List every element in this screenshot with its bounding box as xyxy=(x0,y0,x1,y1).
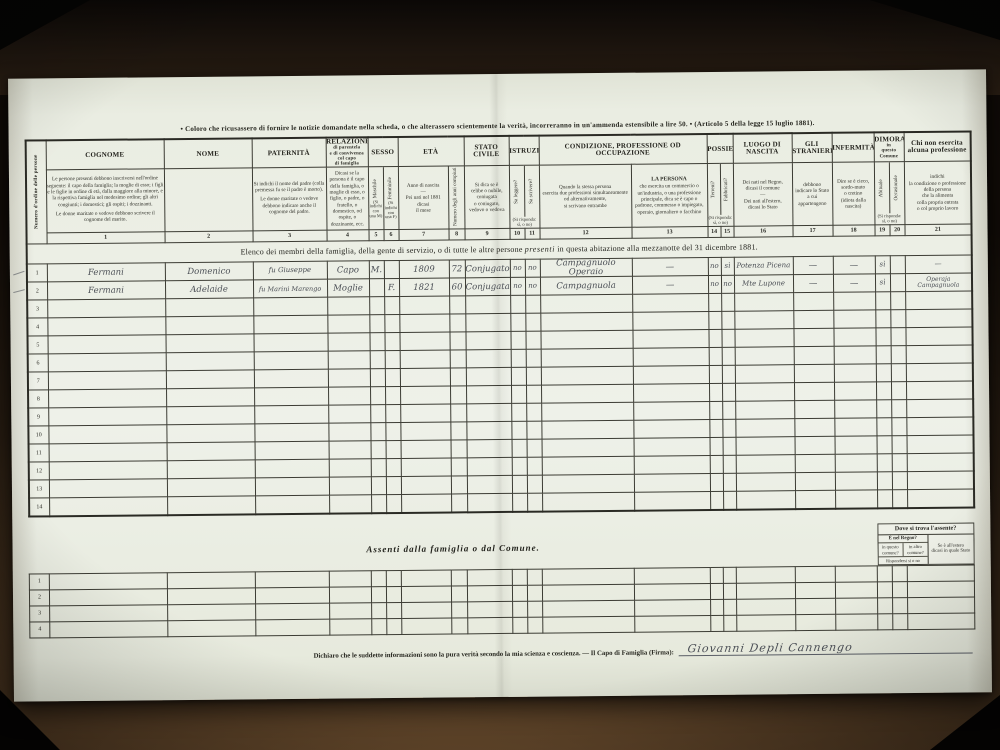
column-header-luogo-nascita: LUOGO DI NASCITA xyxy=(733,133,792,163)
cell-fabbricati: sì xyxy=(721,258,734,276)
elenco-text-pre: Elenco dei membri della famiglia, della … xyxy=(241,245,525,257)
relazione-instructions: Dicasi se la persona è il capo della fam… xyxy=(326,167,369,230)
sa-scrivere-label: Sa scrivere? xyxy=(529,179,535,204)
cell-stranieri: — xyxy=(793,275,833,293)
row-number: 1 xyxy=(29,574,49,590)
possiede-note: (Si risponda: sì, o no) xyxy=(708,215,733,226)
row-number: 4 xyxy=(27,318,47,336)
column-header-eta: ETÀ xyxy=(398,136,464,167)
row-number: 13 xyxy=(29,480,49,498)
absent-location-box: Dove si trova l'assente? È nel Regno? in… xyxy=(877,523,974,565)
column-header-paternita: PATERNITÀ xyxy=(252,138,326,169)
cell-terreni: no xyxy=(708,258,721,276)
la-persona-title: LA PERSONA xyxy=(632,176,707,184)
nome-instructions xyxy=(164,168,253,232)
stranieri-instructions: debbono indicare lo Stato a cui apparten… xyxy=(792,163,833,226)
absent-box-questo-comune: in questo comune? xyxy=(878,543,903,556)
sesso-femminile-label: Femminile xyxy=(388,177,394,200)
cognome-instructions: Le persone presenti debbono inscriversi … xyxy=(46,169,165,233)
column-header-condizione: CONDIZIONE, PROFESSIONE OD OCCUPAZIONE xyxy=(539,134,707,166)
column-header-sesso: SESSO xyxy=(368,137,398,167)
cell-nome: Adelaide xyxy=(165,280,253,299)
cell-cognome: Fermani xyxy=(47,281,165,300)
column-header-stranieri: GLI STRANIERI xyxy=(792,133,832,163)
cell-infermita: — xyxy=(833,256,875,274)
cell-luogo-nascita: Mte Lupone xyxy=(734,275,793,294)
possiede-subcolumns: Terreni? Fabbricati? (Si risponda: sì, o… xyxy=(707,164,734,227)
absent-box-estero: Se è all'estero dicasi in quale Stato xyxy=(928,534,973,564)
cell-anno-nascita: 1821 xyxy=(399,278,449,296)
sesso-maschile-label: Maschile xyxy=(373,179,379,198)
istruzione-note: (Si risponda: sì, o no) xyxy=(510,217,539,228)
cell-stato-civile: Conjugata xyxy=(465,278,510,296)
istruzione-subcolumns: Sa leggere? Sa scrivere? (Si risponda: s… xyxy=(509,166,540,229)
census-form-sheet: • Coloro che ricusassero di fornire le n… xyxy=(8,69,992,701)
cell-sesso-f xyxy=(384,261,399,279)
dimora-title: DIMORA xyxy=(874,136,903,144)
cell-la-persona: — xyxy=(632,276,708,295)
column-header-relazione: RELAZIONEdi parentela e di convivenza co… xyxy=(326,137,368,167)
sesso-femminile-note: (Si indichi con una F) xyxy=(384,201,398,220)
fabbricati-label: Fabbricati? xyxy=(724,178,730,201)
row-number: 3 xyxy=(27,300,47,318)
cell-cognome: Fermani xyxy=(47,263,165,282)
cell-nessuna-professione: Operaja Campagnuola xyxy=(905,273,972,292)
column-header-istruzione: ISTRUZIONE xyxy=(509,136,539,166)
head-of-family-signature: Giovanni Depli Cannengo xyxy=(679,639,975,656)
occasionale-label: Occasionale xyxy=(894,175,900,200)
cell-luogo-nascita: Potenza Picena xyxy=(734,257,793,276)
cognome-desc-2: Le donne maritate o vedove debbono scriv… xyxy=(47,210,164,224)
cell-nessuna-professione: — xyxy=(905,255,972,274)
eta-anni-compiuti: Numero degli anni compiuti xyxy=(448,166,465,229)
row-number: 9 xyxy=(28,408,48,426)
declaration-text: Dichiaro che le suddette informazioni so… xyxy=(314,649,674,659)
elenco-text-post: in questa abitazione alla mezzanotte del… xyxy=(555,243,758,254)
absent-box-altro-comune: in altro comune? xyxy=(903,543,927,556)
cell-relazione: Capo xyxy=(327,261,369,279)
nessuna-professione-instructions: indichi la condizione o professione dell… xyxy=(904,161,972,225)
cell-condizione: Campagnuolo Operaio xyxy=(540,259,632,278)
row-number: 2 xyxy=(27,282,47,300)
cell-anni: 60 xyxy=(449,278,465,296)
row-number: 10 xyxy=(28,426,48,444)
cell-paternita: fu Giuseppe xyxy=(253,262,327,281)
cell-fabbricati: no xyxy=(721,276,734,294)
row-number-column-header: Numero d'ordine delle persone xyxy=(26,140,47,244)
cell-sesso-f: F. xyxy=(384,279,399,297)
anni-compiuti-label: Numero degli anni compiuti xyxy=(453,167,459,226)
cell-sesso-m: M. xyxy=(369,261,384,279)
la-persona-instructions: LA PERSONAche esercita un commercio o un… xyxy=(631,164,708,228)
row-number: 1 xyxy=(27,264,47,282)
declaration-line: Dichiaro che le suddette informazioni so… xyxy=(313,639,973,659)
sesso-subcolumns: Maschile(Si indichi con una M) Femminile… xyxy=(368,167,399,230)
row-number: 4 xyxy=(30,622,50,638)
census-table: Numero d'ordine delle persone COGNOME NO… xyxy=(25,130,976,517)
stato-civile-instructions: Si dica se è celibe o nubile, coniugata … xyxy=(464,166,510,229)
paternita-instructions: Si indichi il nome del padre (colla prem… xyxy=(252,168,327,232)
cell-dimora-occasionale xyxy=(890,274,905,292)
row-number: 2 xyxy=(29,590,49,606)
sa-leggere-label: Sa leggere? xyxy=(514,180,520,204)
eta-anno-instructions: Anno di nascita — Pei nati nel 1881 dica… xyxy=(398,166,449,229)
cell-dimora-abituale: sì xyxy=(875,274,890,292)
cell-anni: 72 xyxy=(449,260,465,278)
infermita-instructions: Dire se è cieco, sordo-muto o cretino (i… xyxy=(832,162,875,225)
cell-la-persona: — xyxy=(632,258,708,277)
row-number: 3 xyxy=(30,606,50,622)
row-number-column-label: Numero d'ordine delle persone xyxy=(33,154,39,229)
cell-terreni: no xyxy=(708,276,721,294)
absent-section-table: Assenti dalla famiglia o dal Comune. Dov… xyxy=(28,523,975,639)
cognome-desc-1: Le persone presenti debbono inscriversi … xyxy=(46,175,163,208)
terreni-label: Terreni? xyxy=(711,181,717,198)
abituale-label: Abituale xyxy=(879,179,885,197)
cell-infermita: — xyxy=(833,274,875,292)
relazione-subtitle: di parentela e di convivenza col capo di… xyxy=(326,146,367,167)
cell-sa-leggere: no xyxy=(510,278,525,296)
cell-sa-scrivere: no xyxy=(525,278,540,296)
cell-anno-nascita: 1809 xyxy=(399,260,449,278)
cell-stato-civile: Conjugato xyxy=(465,260,510,278)
cell-dimora-abituale: sì xyxy=(875,256,890,274)
column-header-possiede: POSSIEDE xyxy=(707,134,733,164)
cell-sa-scrivere: no xyxy=(525,260,540,278)
paternita-desc-2: Le donne maritate o vedove debbono indic… xyxy=(253,196,326,216)
column-header-dimora: DIMORAin questo Comune xyxy=(874,132,904,162)
elenco-text-presenti: presenti xyxy=(525,245,555,254)
luogo-nascita-instructions: Dei nati nel Regno, dicasi il comune — D… xyxy=(733,163,793,227)
cell-condizione: Campagnuola xyxy=(540,277,632,296)
absent-section-title: Assenti dalla famiglia o dal Comune. xyxy=(29,540,877,558)
column-header-nome: NOME xyxy=(164,138,252,169)
row-number: 11 xyxy=(29,444,49,462)
row-number: 5 xyxy=(28,336,48,354)
row-number: 7 xyxy=(28,372,48,390)
la-persona-desc: che esercita un commercio o un'industria… xyxy=(635,184,703,216)
column-header-infermita: INFERMITÀ xyxy=(832,132,874,162)
row-number: 14 xyxy=(29,498,49,517)
dimora-subcolumns: Abituale Occasionale (Si risponda: sì, o… xyxy=(874,162,905,225)
cell-relazione: Moglie xyxy=(327,279,369,297)
dimora-subtitle: in questo Comune xyxy=(874,143,903,159)
cell-sa-leggere: no xyxy=(510,260,525,278)
paternita-desc-1: Si indichi il nome del padre (colla prem… xyxy=(253,180,326,193)
column-header-cognome: COGNOME xyxy=(46,139,164,170)
sesso-maschile-note: (Si indichi con una M) xyxy=(369,200,383,219)
cell-sesso-m xyxy=(369,279,384,297)
absent-box-note: Rispondersi sì o no xyxy=(878,556,927,565)
condizione-instructions: Quando la stessa persona esercita due pr… xyxy=(539,165,632,229)
row-number: 6 xyxy=(28,354,48,372)
dimora-note: (Si risponda: sì, o no) xyxy=(875,213,904,224)
cell-dimora-occasionale xyxy=(890,256,905,274)
absent-box-regno-column: È nel Regno? in questo comune? in altro … xyxy=(878,534,928,564)
row-number: 8 xyxy=(28,390,48,408)
cell-stranieri: — xyxy=(793,257,833,275)
column-header-stato-civile: STATO CIVILE xyxy=(464,136,509,166)
row-number: 12 xyxy=(29,462,49,480)
cell-paternita: fu Marini Marengo xyxy=(253,280,327,299)
cell-nome: Domenico xyxy=(165,262,253,281)
column-header-nessuna-professione: Chi non esercita alcuna professione xyxy=(904,131,971,162)
